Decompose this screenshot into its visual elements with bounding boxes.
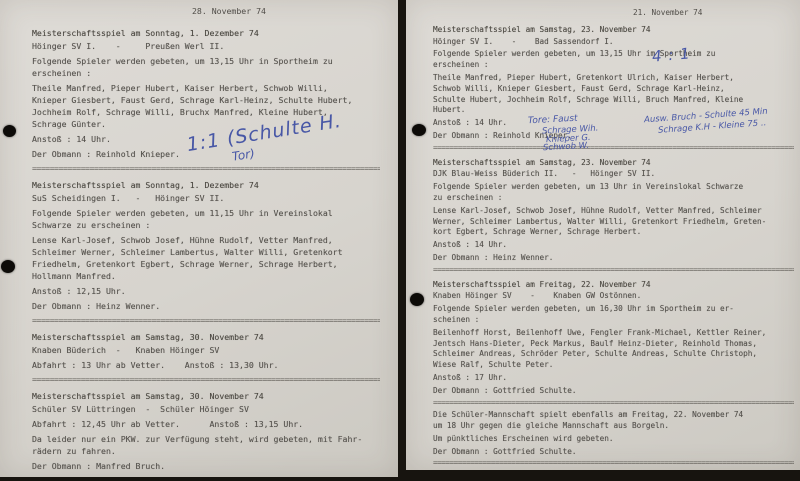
match-teams-line: Höinger SV I. - Preußen Werl II. (32, 40, 380, 52)
info-line: Der Obmann : Manfred Bruch. (32, 460, 380, 472)
note-text: Folgende Spieler werden gebeten, um 11,1… (32, 207, 380, 231)
info-line: Anstoß : 14 Uhr. (433, 118, 794, 129)
hole-punch (410, 293, 424, 306)
info-line: Der Obmann : Gottfried Schulte. (433, 447, 794, 458)
match-announcement-section: Meisterschaftsspiel am Freitag, 22. Nove… (433, 280, 794, 409)
info-line: Anstoß : 14 Uhr. (32, 133, 380, 145)
note-text: Die Schüler-Mannschaft spielt ebenfalls … (433, 410, 794, 432)
page-right: 21. November 74 Meisterschaftsspiel am S… (406, 0, 800, 470)
separator-line: ========================================… (32, 162, 380, 174)
match-title-line: Meisterschaftsspiel am Sonntag, 1. Dezem… (32, 179, 380, 191)
player-list: Beilenhoff Horst, Beilenhoff Uwe, Fengle… (433, 328, 794, 371)
info-line: Anstoß : 17 Uhr. (433, 373, 794, 384)
page-date: 28. November 74 (192, 5, 380, 17)
note-text: Da leider nur ein PKW. zur Verfügung ste… (32, 433, 380, 457)
player-list: Theile Manfred, Pieper Hubert, Gretenkor… (433, 73, 794, 116)
hole-punch (1, 260, 15, 273)
match-title-line: Meisterschaftsspiel am Samstag, 23. Nove… (433, 158, 794, 169)
match-teams-line: Schüler SV Lüttringen - Schüler Höinger … (32, 403, 380, 415)
info-line: Um pünktliches Erscheinen wird gebeten. (433, 434, 794, 445)
match-title-line: Meisterschaftsspiel am Sonntag, 1. Dezem… (32, 27, 380, 39)
match-announcement-section: Meisterschaftsspiel am Sonntag, 1. Dezem… (32, 179, 380, 326)
match-announcement-section: Meisterschaftsspiel am Samstag, 30. Nove… (32, 331, 380, 385)
info-line: Anstoß : 12,15 Uhr. (32, 285, 380, 297)
match-announcement-section: Meisterschaftsspiel am Sonntag, 1. Dezem… (32, 27, 380, 174)
page-date: 21. November 74 (633, 8, 794, 19)
hole-punch (412, 124, 426, 136)
separator-line: ========================================… (433, 458, 794, 468)
info-line: Der Obmann : Reinhold Knieper. (32, 148, 380, 160)
info-line: Anstoß : 14 Uhr. (433, 240, 794, 251)
match-announcement-section: Meisterschaftsspiel am Samstag, 23. Nove… (433, 25, 794, 154)
match-announcement-section: Meisterschaftsspiel am Samstag, 30. Nove… (32, 390, 380, 472)
match-teams-line: Höinger SV I. - Bad Sassendorf I. (433, 37, 794, 48)
note-text: Folgende Spieler werden gebeten, um 13,1… (433, 49, 794, 71)
separator-line: ========================================… (32, 373, 380, 385)
separator-line: ========================================… (433, 143, 794, 154)
match-teams-line: Knaben Büderich - Knaben Höinger SV (32, 344, 380, 356)
info-line: Der Obmann : Heinz Wenner. (32, 300, 380, 312)
separator-line: ========================================… (433, 265, 794, 276)
info-line: Der Obmann : Reinhold Knieper. (433, 131, 794, 142)
scanned-document-photo: 28. November 74 Meisterschaftsspiel am S… (0, 0, 800, 481)
hole-punch (3, 125, 16, 137)
note-text: Folgende Spieler werden gebeten, um 16,3… (433, 304, 794, 326)
match-teams-line: SuS Scheidingen I. - Höinger SV II. (32, 192, 380, 204)
page-right-content: 21. November 74 Meisterschaftsspiel am S… (433, 8, 794, 468)
match-title-line: Meisterschaftsspiel am Samstag, 30. Nove… (32, 390, 380, 402)
info-line: Der Obmann : Heinz Wenner. (433, 253, 794, 264)
match-announcement-section: Die Schüler-Mannschaft spielt ebenfalls … (433, 410, 794, 468)
player-list: Theile Manfred, Pieper Hubert, Kaiser He… (32, 82, 380, 130)
note-text: Folgende Spieler werden gebeten, um 13 U… (433, 182, 794, 204)
separator-line: ========================================… (433, 398, 794, 409)
match-title-line: Meisterschaftsspiel am Freitag, 22. Nove… (433, 280, 794, 291)
note-text: Folgende Spieler werden gebeten, um 13,1… (32, 55, 380, 79)
player-list: Lense Karl-Josef, Schwob Josef, Hühne Ru… (433, 206, 794, 238)
match-teams-line: Knaben Höinger SV - Knaben GW Ostönnen. (433, 291, 794, 302)
page-left-content: 28. November 74 Meisterschaftsspiel am S… (32, 5, 380, 474)
info-line: Der Obmann : Gottfried Schulte. (433, 386, 794, 397)
match-title-line: Meisterschaftsspiel am Samstag, 23. Nove… (433, 25, 794, 36)
player-list: Lense Karl-Josef, Schwob Josef, Hühne Ru… (32, 234, 380, 282)
info-line: Abfahrt : 12,45 Uhr ab Vetter. Anstoß : … (32, 418, 380, 430)
match-teams-line: DJK Blau-Weiss Büderich II. - Höinger SV… (433, 169, 794, 180)
match-announcement-section: Meisterschaftsspiel am Samstag, 23. Nove… (433, 158, 794, 276)
info-line: Abfahrt : 13 Uhr ab Vetter. Anstoß : 13,… (32, 359, 380, 371)
separator-line: ========================================… (32, 314, 380, 326)
page-left: 28. November 74 Meisterschaftsspiel am S… (0, 0, 398, 477)
match-title-line: Meisterschaftsspiel am Samstag, 30. Nove… (32, 331, 380, 343)
